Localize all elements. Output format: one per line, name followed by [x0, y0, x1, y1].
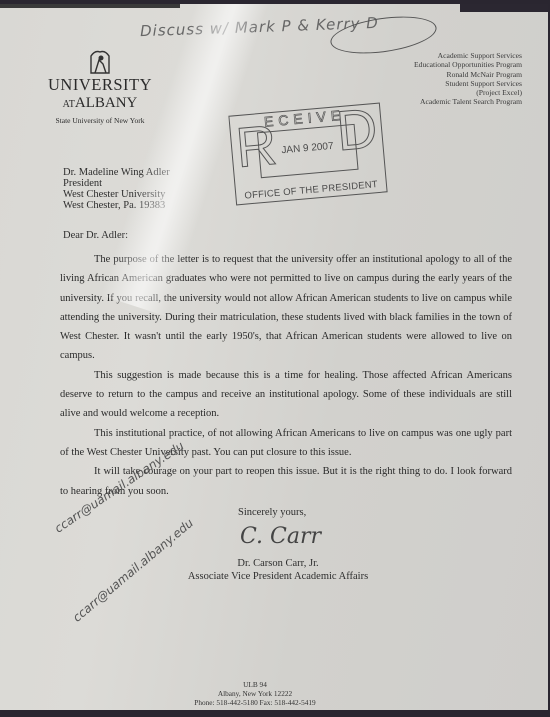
page-edge-shadow — [0, 4, 180, 8]
page-edge-shadow — [460, 4, 548, 12]
stamp-office: OFFICE OF THE PRESIDENT — [236, 178, 386, 202]
addressee-line: West Chester University — [63, 189, 170, 200]
letter-footer: ULB 94 Albany, New York 12222 Phone: 518… — [170, 680, 340, 707]
signer-block: Dr. Carson Carr, Jr. Associate Vice Pres… — [178, 557, 378, 583]
program-item: Ronald McNair Program — [414, 70, 522, 79]
footer-line: Phone: 518-442-5180 Fax: 518-442-5419 — [170, 698, 340, 707]
footer-line: ULB 94 — [170, 680, 340, 689]
paragraph: This suggestion is made because this is … — [60, 366, 512, 424]
addressee-line: Dr. Madeline Wing Adler — [63, 167, 170, 178]
signature: C. Carr — [240, 524, 321, 549]
paragraph: The purpose of the letter is to request … — [60, 250, 512, 366]
addressee-line: West Chester, Pa. 19383 — [63, 200, 170, 211]
program-item: Student Support Services — [414, 79, 522, 88]
program-item: Academic Support Services — [414, 51, 522, 60]
minerva-icon — [89, 50, 111, 74]
letter-page: Discuss w/ Mark P & Kerry D UNIVERSITY A… — [0, 4, 548, 710]
university-name-line1: UNIVERSITY — [30, 76, 170, 94]
stamp-date-box: JAN 9 2007 — [257, 124, 359, 178]
university-logo: UNIVERSITY ATALBANY State University of … — [30, 44, 170, 127]
university-subtitle: State University of New York — [30, 115, 170, 127]
program-item: Educational Opportunities Program — [414, 60, 522, 69]
university-name-line2: ATALBANY — [30, 94, 170, 114]
addressee-block: Dr. Madeline Wing Adler President West C… — [63, 167, 170, 211]
addressee-line: President — [63, 178, 170, 189]
program-item: Academic Talent Search Program — [414, 97, 522, 106]
signer-name: Dr. Carson Carr, Jr. — [178, 557, 378, 570]
footer-line: Albany, New York 12222 — [170, 689, 340, 698]
stamp-date: JAN 9 2007 — [259, 139, 356, 158]
program-list: Academic Support Services Educational Op… — [414, 51, 522, 107]
paragraph: This institutional practice, of not allo… — [60, 424, 512, 463]
letter-body: The purpose of the letter is to request … — [60, 250, 512, 501]
signer-title: Associate Vice President Academic Affair… — [178, 570, 378, 583]
salutation: Dear Dr. Adler: — [63, 230, 128, 241]
program-item: (Project Excel) — [414, 88, 522, 97]
received-stamp: R ECEIVE D JAN 9 2007 OFFICE OF THE PRES… — [228, 103, 387, 206]
closing: Sincerely yours, — [238, 507, 306, 518]
